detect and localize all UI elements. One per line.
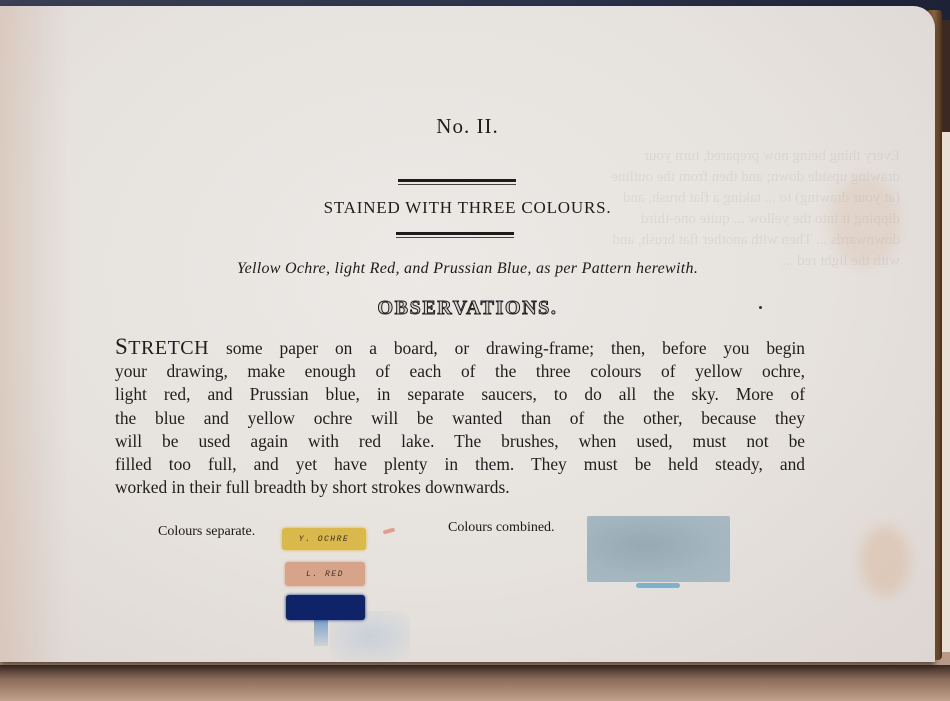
paragraph-line: STRETCH some paper on a board, or drawin…	[115, 335, 805, 360]
paragraph-line: filled too full, and yet have plenty in …	[115, 453, 805, 476]
double-rule-divider	[396, 232, 514, 238]
ink-dot	[759, 306, 762, 309]
plate-number: No. II.	[0, 114, 935, 139]
paragraph-line: worked in their full breadth by short st…	[115, 476, 805, 499]
plate-subtitle: STAINED WITH THREE COLOURS.	[0, 198, 935, 218]
section-heading-text: OBSERVATIONS.	[378, 297, 558, 319]
lead-smallcaps: TRETCH	[128, 337, 209, 359]
paragraph-line: your drawing, make enough of each of the…	[115, 360, 805, 383]
line-text: some paper on a board, or drawing-frame;…	[209, 338, 805, 358]
blue-paint-drip	[314, 618, 328, 646]
observations-paragraph: STRETCH some paper on a board, or drawin…	[115, 335, 805, 499]
section-heading: OBSERVATIONS.	[0, 297, 935, 320]
colours-separate-label: Colours separate.	[158, 524, 255, 540]
swatch-light-red: L. RED	[285, 562, 365, 586]
book-page: Every thing being now prepared, turn you…	[0, 6, 935, 662]
background-table-surface	[0, 665, 950, 701]
paper-stain	[860, 526, 910, 596]
swatch-combined	[587, 516, 730, 582]
paragraph-line: light red, and Prussian blue, in separat…	[115, 383, 805, 406]
combined-paint-drip	[636, 583, 680, 588]
paper-stain	[830, 176, 900, 266]
swatch-yellow-ochre: Y. OCHRE	[282, 528, 366, 550]
drop-cap: S	[115, 334, 128, 359]
double-rule-divider	[398, 179, 516, 185]
pigments-line: Yellow Ochre, light Red, and Prussian Bl…	[0, 260, 935, 278]
paint-fleck	[383, 528, 396, 535]
colours-combined-label: Colours combined.	[448, 520, 555, 536]
paragraph-line: the blue and yellow ochre will be wanted…	[115, 407, 805, 430]
swatch-prussian-blue	[286, 595, 365, 620]
paragraph-line: will be used again with red lake. The br…	[115, 430, 805, 453]
